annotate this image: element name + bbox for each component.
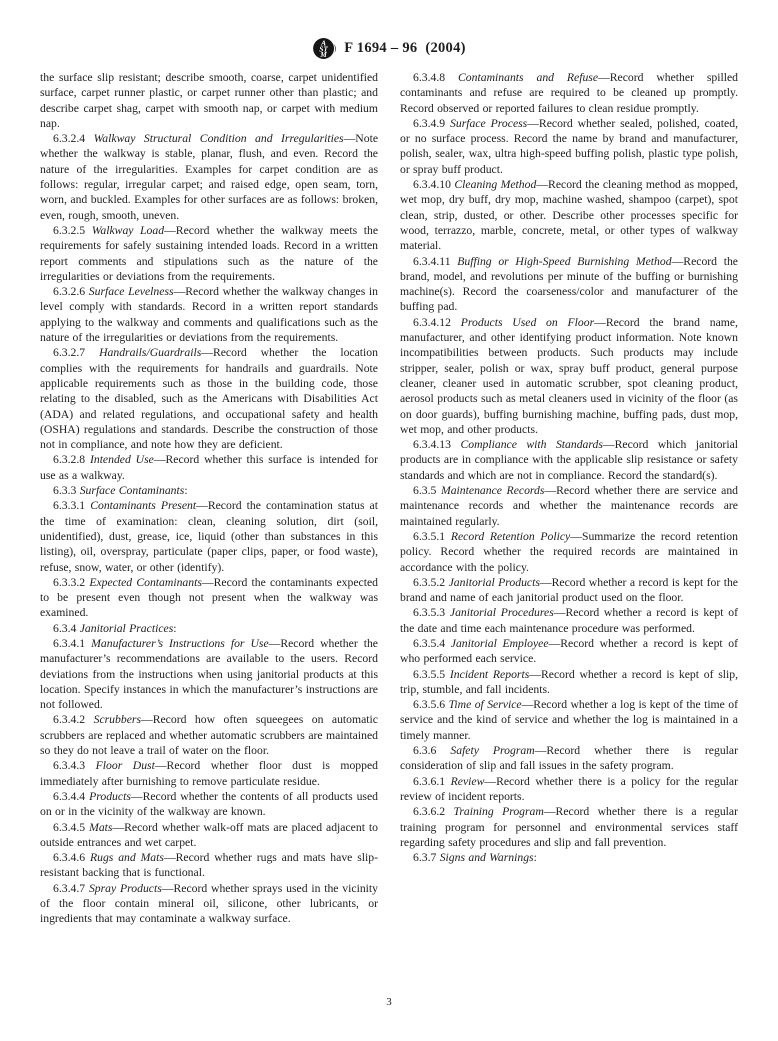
paragraph-6.3.6.1: 6.3.6.1 Review—Record whether there is a…: [400, 774, 738, 805]
section-title: Surface Process: [450, 117, 527, 130]
section-title: Incident Reports: [450, 668, 529, 681]
section-number: 6.3.3: [53, 484, 80, 497]
section-number: 6.3.3.2: [53, 576, 89, 589]
section-title: Janitorial Employee: [451, 637, 549, 650]
left-column: the surface slip resistant; describe smo…: [40, 70, 378, 927]
section-number: 6.3.4: [53, 622, 80, 635]
paragraph-6.3.4.7: 6.3.4.7 Spray Products—Record whether sp…: [40, 881, 378, 927]
section-title: Walkway Structural Condition and Irregul…: [94, 132, 344, 145]
section-number: 6.3.6.2: [413, 805, 453, 818]
section-number: 6.3.4.1: [53, 637, 91, 650]
section-number: 6.3.4.13: [413, 438, 460, 451]
section-number: 6.3.6.1: [413, 775, 451, 788]
section-number: 6.3.4.2: [53, 713, 94, 726]
paragraph-6.3.4.6: 6.3.4.6 Rugs and Mats—Record whether rug…: [40, 850, 378, 881]
section-title: Manufacturer’s Instructions for Use: [91, 637, 269, 650]
right-column: 6.3.4.8 Contaminants and Refuse—Record w…: [400, 70, 738, 927]
section-number: 6.3.4.3: [53, 759, 96, 772]
paragraph-6.3.4.8: 6.3.4.8 Contaminants and Refuse—Record w…: [400, 70, 738, 116]
paragraph-6.3.5.6: 6.3.5.6 Time of Service—Record whether a…: [400, 697, 738, 743]
section-number: 6.3.5.6: [413, 698, 449, 711]
paragraph-text: the surface slip resistant; describe smo…: [40, 71, 378, 130]
section-title: Surface Levelness: [89, 285, 174, 298]
paragraph-6.3.4.5: 6.3.4.5 Mats—Record whether walk-off mat…: [40, 820, 378, 851]
section-title: Walkway Load: [92, 224, 164, 237]
paragraph-6.3.4.10: 6.3.4.10 Cleaning Method—Record the clea…: [400, 177, 738, 253]
paragraph-6.3.6: 6.3.6 Safety Program—Record whether ther…: [400, 743, 738, 774]
document-body: the surface slip resistant; describe smo…: [40, 70, 738, 927]
section-number: 6.3.2.5: [53, 224, 92, 237]
section-title: Expected Contaminants: [89, 576, 202, 589]
section-number: 6.3.2.6: [53, 285, 89, 298]
section-number: 6.3.5.5: [413, 668, 450, 681]
paragraph-6.3.2.8: 6.3.2.8 Intended Use—Record whether this…: [40, 452, 378, 483]
section-number: 6.3.4.8: [413, 71, 458, 84]
section-number: 6.3.5.1: [413, 530, 451, 543]
section-number: 6.3.4.12: [413, 316, 461, 329]
section-number: 6.3.5.4: [413, 637, 451, 650]
paragraph-6.3.5.3: 6.3.5.3 Janitorial Procedures—Record whe…: [400, 605, 738, 636]
paragraph-6.3.4.2: 6.3.4.2 Scrubbers—Record how often squee…: [40, 712, 378, 758]
paragraph-6.3.7: 6.3.7 Signs and Warnings:: [400, 850, 738, 865]
section-title: Training Program: [453, 805, 543, 818]
section-number: 6.3.4.5: [53, 821, 89, 834]
section-number: 6.3.6: [413, 744, 450, 757]
paragraph-text: :: [184, 484, 187, 497]
section-title: Rugs and Mats: [90, 851, 164, 864]
paragraph-6.3.4.11: 6.3.4.11 Buffing or High-Speed Burnishin…: [400, 254, 738, 315]
section-number: 6.3.7: [413, 851, 440, 864]
paragraph-text: :: [173, 622, 176, 635]
section-title: Spray Products: [89, 882, 162, 895]
section-title: Surface Contaminants: [80, 484, 185, 497]
section-title: Record Retention Policy: [451, 530, 570, 543]
section-number: 6.3.4.6: [53, 851, 90, 864]
paragraph-6.3.4: 6.3.4 Janitorial Practices:: [40, 621, 378, 636]
paragraph-text: —Note whether the walkway is stable, pla…: [40, 132, 378, 221]
section-title: Mats: [89, 821, 112, 834]
section-title: Janitorial Products: [449, 576, 540, 589]
section-title: Contaminants Present: [90, 499, 196, 512]
section-title: Contaminants and Refuse: [458, 71, 598, 84]
section-number: 6.3.2.7: [53, 346, 99, 359]
paragraph-6.3.5.4: 6.3.5.4 Janitorial Employee—Record wheth…: [400, 636, 738, 667]
section-title: Cleaning Method: [454, 178, 536, 191]
section-title: Maintenance Records: [441, 484, 544, 497]
standard-designation: F 1694 – 96 (2004): [344, 40, 466, 57]
svg-text:M: M: [320, 50, 328, 59]
paragraph-text: —Record whether the location complies wi…: [40, 346, 378, 451]
section-title: Janitorial Procedures: [450, 606, 554, 619]
section-title: Handrails/Guardrails: [99, 346, 201, 359]
paragraph-6.3.4.9: 6.3.4.9 Surface Process—Record whether s…: [400, 116, 738, 177]
paragraph-6.3.6.2: 6.3.6.2 Training Program—Record whether …: [400, 804, 738, 850]
section-title: Products Used on Floor: [461, 316, 594, 329]
paragraph-6.3.2.7: 6.3.2.7 Handrails/Guardrails—Record whet…: [40, 345, 378, 452]
paragraph-6.3.4.12: 6.3.4.12 Products Used on Floor—Record t…: [400, 315, 738, 437]
paragraph-6.3.4.3: 6.3.4.3 Floor Dust—Record whether floor …: [40, 758, 378, 789]
section-number: 6.3.4.11: [413, 255, 457, 268]
paragraph-continuation: the surface slip resistant; describe smo…: [40, 70, 378, 131]
section-number: 6.3.2.8: [53, 453, 90, 466]
paragraph-6.3.4.1: 6.3.4.1 Manufacturer’s Instructions for …: [40, 636, 378, 712]
paragraph-6.3.5.1: 6.3.5.1 Record Retention Policy—Summariz…: [400, 529, 738, 575]
section-number: 6.3.4.10: [413, 178, 454, 191]
section-title: Time of Service: [449, 698, 522, 711]
section-number: 6.3.5.3: [413, 606, 450, 619]
section-title: Compliance with Standards: [460, 438, 602, 451]
paragraph-6.3.3.2: 6.3.3.2 Expected Contaminants—Record the…: [40, 575, 378, 621]
section-title: Buffing or High-Speed Burnishing Method: [457, 255, 671, 268]
section-title: Floor Dust: [96, 759, 155, 772]
paragraph-text: —Record the brand name, manufacturer, an…: [400, 316, 738, 436]
paragraph-6.3.4.13: 6.3.4.13 Compliance with Standards—Recor…: [400, 437, 738, 483]
section-number: 6.3.2.4: [53, 132, 94, 145]
paragraph-6.3.5.2: 6.3.5.2 Janitorial Products—Record wheth…: [400, 575, 738, 606]
paragraph-6.3.4.4: 6.3.4.4 Products—Record whether the cont…: [40, 789, 378, 820]
section-number: 6.3.3.1: [53, 499, 90, 512]
paragraph-6.3.3: 6.3.3 Surface Contaminants:: [40, 483, 378, 498]
section-title: Scrubbers: [94, 713, 141, 726]
section-title: Products: [89, 790, 131, 803]
paragraph-6.3.2.6: 6.3.2.6 Surface Levelness—Record whether…: [40, 284, 378, 345]
section-number: 6.3.4.7: [53, 882, 89, 895]
paragraph-6.3.5.5: 6.3.5.5 Incident Reports—Record whether …: [400, 667, 738, 698]
astm-seal-icon: A ST M: [312, 36, 337, 61]
page-header: A ST M F 1694 – 96 (2004): [0, 36, 778, 61]
section-number: 6.3.5.2: [413, 576, 449, 589]
section-number: 6.3.4.9: [413, 117, 450, 130]
section-title: Janitorial Practices: [80, 622, 174, 635]
section-title: Intended Use: [90, 453, 154, 466]
paragraph-6.3.2.5: 6.3.2.5 Walkway Load—Record whether the …: [40, 223, 378, 284]
section-number: 6.3.5: [413, 484, 441, 497]
paragraph-6.3.5: 6.3.5 Maintenance Records—Record whether…: [400, 483, 738, 529]
document-page: A ST M F 1694 – 96 (2004) the surface sl…: [0, 0, 778, 1041]
paragraph-6.3.3.1: 6.3.3.1 Contaminants Present—Record the …: [40, 498, 378, 574]
page-footer: 3: [0, 996, 778, 1008]
paragraph-6.3.2.4: 6.3.2.4 Walkway Structural Condition and…: [40, 131, 378, 223]
paragraph-text: :: [534, 851, 537, 864]
section-title: Safety Program: [450, 744, 534, 757]
section-title: Review: [451, 775, 485, 788]
section-title: Signs and Warnings: [440, 851, 534, 864]
page-number: 3: [386, 996, 392, 1008]
section-number: 6.3.4.4: [53, 790, 89, 803]
